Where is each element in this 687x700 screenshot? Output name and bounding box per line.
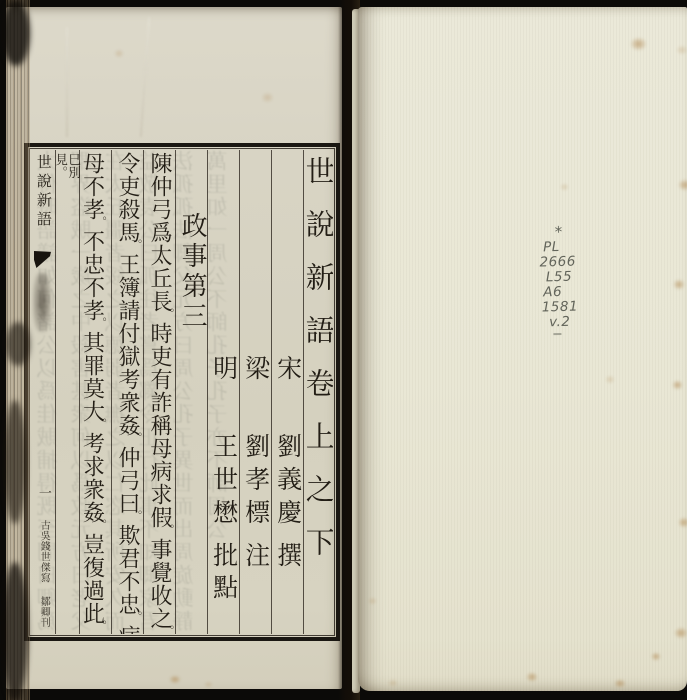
role-label: 注: [242, 542, 268, 574]
body-text-column-2: 令吏殺馬。王簿請付獄考衆姦。仲弓曰。欺君不忠。病: [111, 150, 143, 634]
woodblock-text-frame: 太傅時語議如何諸公以爲佳賊捕得既至問曰卿爲郡界盜賊一歲之中殺害甚衆何以爲政元方曰…: [24, 143, 340, 641]
text-block: 太傅時語議如何諸公以爲佳賊捕得既至問曰卿爲郡界盜賊一歲之中殺害甚衆何以爲政元方曰…: [31, 150, 333, 634]
foxing-spot: [388, 679, 398, 687]
note-left-line: 見。: [55, 153, 68, 179]
foxing-spot: [630, 37, 647, 51]
role-label: 撰: [274, 542, 300, 574]
foxing-spot: [169, 675, 181, 684]
role-label: 批點: [210, 542, 236, 606]
body-text: 令吏殺馬。王簿請付獄考衆姦。仲弓曰。欺君不忠。病: [116, 152, 139, 634]
body-text-column-3: 母不孝。不忠不孝。其罪莫大。考求衆姦。豈復過此。陳寔: [79, 150, 111, 634]
foxing-spot: [614, 679, 626, 688]
attribution-column-song: 宋 劉義慶 撰: [271, 150, 303, 634]
call-number-line: v.2: [549, 314, 579, 330]
foxing-spot: [672, 380, 683, 390]
ink-smudge: 卷上之下: [33, 272, 51, 332]
marginal-note-column: 巳別 見。: [55, 150, 79, 634]
colophon-writer-credit: 古吳錢世傑寫: [38, 520, 49, 583]
foxing-spot: [560, 183, 569, 191]
volume-title-column: 世說新語卷上之下: [303, 150, 333, 634]
foxing-spot: [368, 597, 377, 605]
body-text: 母不孝。不忠不孝。其罪莫大。考求衆姦。豈復過此。: [80, 152, 105, 634]
fishtail-mark-icon: [34, 251, 51, 268]
paper-texture: [358, 7, 687, 691]
left-page: 太傅時語議如何諸公以爲佳賊捕得既至問曰卿爲郡界盜賊一歲之中殺害甚衆何以爲政元方曰…: [6, 7, 342, 689]
foxing-spot: [674, 627, 687, 639]
foxing-spot: [651, 652, 661, 661]
book-spine-binding: [6, 0, 30, 700]
paper-crease: [66, 27, 68, 137]
author-name: 劉義慶: [274, 433, 300, 532]
foxing-spot: [261, 92, 274, 103]
paper-crease: [140, 17, 150, 137]
pencil-dash-mark: [553, 333, 561, 335]
dynasty-label: 梁: [242, 355, 268, 380]
binding-wear-mark: [2, 562, 28, 700]
body-text-column-1: 陳仲弓爲太丘長。時吏有詐稱母病求假。事覺收之。: [143, 150, 175, 634]
volume-title: 世說新語卷上之下: [303, 156, 333, 580]
colophon-carver-credit: 鄒卿刊: [38, 596, 49, 628]
dynasty-label: 明: [210, 355, 236, 380]
foxing-spot: [204, 681, 213, 688]
banxin-running-title: 世說新語: [35, 154, 51, 230]
chapter-heading-column: 政事第三: [175, 150, 207, 634]
library-call-number: * PL 2666 L55 A6 1581 v.2: [539, 225, 579, 336]
foxing-spot: [673, 279, 685, 290]
foxing-spot: [114, 49, 124, 58]
folio-number: 一: [36, 486, 50, 499]
attribution-column-liang: 梁 劉孝標 注: [239, 150, 271, 634]
foxing-spot: [676, 45, 687, 55]
body-text: 陳仲弓爲太丘長。時吏有詐稱母病求假。事覺收之。: [148, 152, 171, 634]
binding-wear-mark: [4, 400, 26, 524]
banxin-column: 世說新語 卷上之下 一 古吳錢世傑寫 鄒卿刊: [31, 150, 55, 634]
dynasty-label: 宋: [274, 355, 300, 380]
foxing-spot: [526, 672, 538, 682]
foxing-spot: [678, 517, 687, 528]
banxin-volume-label: 卷上之下: [36, 274, 48, 318]
foxing-spot: [678, 179, 687, 191]
binding-wear-mark: [2, 0, 30, 66]
foxing-spot: [605, 375, 615, 384]
attribution-column-ming: 明 王世懋 批點: [207, 150, 239, 634]
right-page: * PL 2666 L55 A6 1581 v.2: [358, 7, 687, 691]
author-name: 王世懋: [210, 433, 236, 532]
author-name: 劉孝標: [242, 433, 268, 532]
book-scan: 太傅時語議如何諸公以爲佳賊捕得既至問曰卿爲郡界盜賊一歲之中殺害甚衆何以爲政元方曰…: [0, 0, 687, 700]
marginal-note: 巳別 見。: [55, 153, 81, 179]
chapter-heading: 政事第三: [178, 212, 205, 332]
binding-wear-mark: [6, 322, 30, 366]
call-number-asterisk: *: [555, 225, 577, 241]
